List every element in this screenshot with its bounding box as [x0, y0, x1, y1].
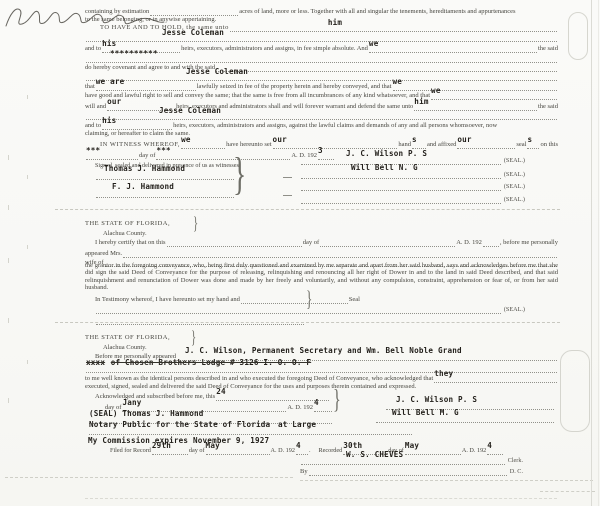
- typed-entry: 4: [314, 398, 319, 407]
- fill-line: F. J. Hammond: [96, 183, 234, 198]
- margin-speck: [27, 175, 28, 179]
- printed-text: seal: [516, 141, 526, 149]
- typed-entry: our: [457, 135, 471, 144]
- printed-text: and affixed: [427, 141, 456, 149]
- margin-speck: [8, 205, 9, 210]
- page-edge-line: [598, 0, 599, 506]
- fill-line: our: [457, 136, 515, 149]
- notary-title-suffix: at Large: [278, 420, 316, 429]
- fill-line: [301, 177, 501, 191]
- seal-label: (SEAL.): [502, 196, 525, 204]
- fill-line: [301, 190, 501, 204]
- fill-line: May: [206, 442, 270, 455]
- typed-entry: we: [431, 86, 441, 95]
- typed-entry: our: [273, 135, 287, 144]
- scan-edge-line: [5, 477, 293, 478]
- typed-entry: they: [434, 369, 453, 378]
- witness-signature: Thomas J. Hammond: [104, 164, 185, 173]
- grantee-name: Jesse Coleman: [162, 28, 224, 37]
- typed-entry: him: [328, 18, 342, 27]
- grantor-signature: Will Bell N. G: [351, 163, 418, 172]
- scan-edge-line: [85, 498, 557, 499]
- typed-entry: ***: [156, 146, 170, 155]
- typed-entry: we: [181, 135, 191, 144]
- binder-ring-hole: [568, 12, 588, 60]
- fill-line: Thomas J. Hammond: [96, 165, 234, 180]
- officer-signature: J. C. Wilson P. S: [396, 395, 477, 404]
- notary-signature: (SEAL) Thomas J. Hammond: [89, 409, 204, 418]
- printed-text: By: [300, 468, 308, 476]
- printed-text: day of: [189, 447, 205, 455]
- typed-entry: his: [102, 39, 116, 48]
- grantee-name: Jesse Coleman: [159, 106, 221, 115]
- typed-entry: 24: [216, 387, 226, 396]
- dower-paragraph: the grantor in the foregoing conveyance,…: [85, 262, 558, 292]
- typed-entry: May: [405, 441, 419, 450]
- deputy-line: By D. C.: [300, 463, 523, 476]
- typed-entry: him: [414, 97, 428, 106]
- blank-line: [95, 312, 305, 325]
- typed-entry: we: [393, 77, 403, 86]
- typed-entry: Jany: [122, 398, 141, 407]
- binder-ring-hole: [560, 350, 590, 432]
- typed-entry: ***: [86, 146, 100, 155]
- deed-document-page: containing by estimation acres of land, …: [0, 0, 600, 506]
- fill-line: s: [412, 136, 426, 149]
- typed-entry: our: [107, 97, 121, 106]
- printed-text: A. D. 192: [271, 447, 295, 455]
- witness-signature-line: Thomas J. Hammond: [95, 166, 235, 180]
- margin-speck: [8, 318, 9, 323]
- grantor-signature: J. C. Wilson P. S: [346, 149, 427, 158]
- typed-entry: his: [102, 116, 116, 125]
- seal-label: (SEAL.): [502, 306, 525, 314]
- fill-line: 29th: [152, 442, 188, 455]
- section-divider: [55, 322, 560, 323]
- scan-edge-line: [300, 480, 593, 481]
- typed-entry: 30th: [343, 441, 362, 450]
- stray-dash: [283, 177, 292, 178]
- margin-speck: [27, 245, 28, 249]
- margin-speck: [8, 258, 9, 263]
- witness-signature-line: F. J. Hammond: [95, 184, 235, 198]
- typed-entry: we are: [96, 77, 125, 86]
- appearers-names: J. C. Wilson, Permanent Secretary and Wm…: [185, 346, 462, 355]
- typed-entry: s: [527, 135, 532, 144]
- printed-text: hand: [398, 141, 411, 149]
- margin-speck: [8, 155, 9, 160]
- fill-line: s: [527, 136, 539, 149]
- margin-speck: [27, 95, 28, 99]
- brace-right: }: [333, 386, 341, 413]
- clerk-name: W. S. CHEVES: [346, 450, 403, 459]
- seal-label: (SEAL.): [502, 157, 525, 165]
- typed-entry: s: [412, 135, 417, 144]
- typed-entry: 4: [487, 441, 492, 450]
- witness-signature: F. J. Hammond: [112, 182, 174, 191]
- typed-entry: **********: [110, 49, 158, 58]
- typed-entry: we: [369, 39, 379, 48]
- seal-signature-line: (SEAL.): [300, 191, 525, 204]
- struck-typed-entry: xxxx: [86, 358, 105, 367]
- officer-signature: Will Bell M. G: [392, 408, 459, 417]
- margin-speck: [8, 398, 9, 403]
- margin-speck: [27, 360, 28, 364]
- stray-dash: [283, 195, 292, 196]
- grantee-name: Jesse Coleman: [186, 67, 248, 76]
- notary-title: Notary Public for the State of Florida: [89, 420, 270, 429]
- deputy-label: D. C.: [508, 468, 523, 476]
- seal-label: (SEAL.): [502, 183, 525, 191]
- typed-entry: 4: [296, 441, 301, 450]
- section-divider: [55, 209, 560, 210]
- struck-typed-entry: of Chosen Brothers Lodge # 3126 I. O. O.…: [111, 358, 311, 367]
- fill-line: [309, 462, 507, 476]
- printed-text: Filed for Record: [110, 447, 151, 455]
- typed-entry: 29th: [152, 441, 171, 450]
- typed-entry: May: [206, 441, 220, 450]
- scan-edge-line: [540, 491, 595, 492]
- printed-text: on this: [540, 141, 558, 149]
- page-edge-line: [591, 0, 592, 506]
